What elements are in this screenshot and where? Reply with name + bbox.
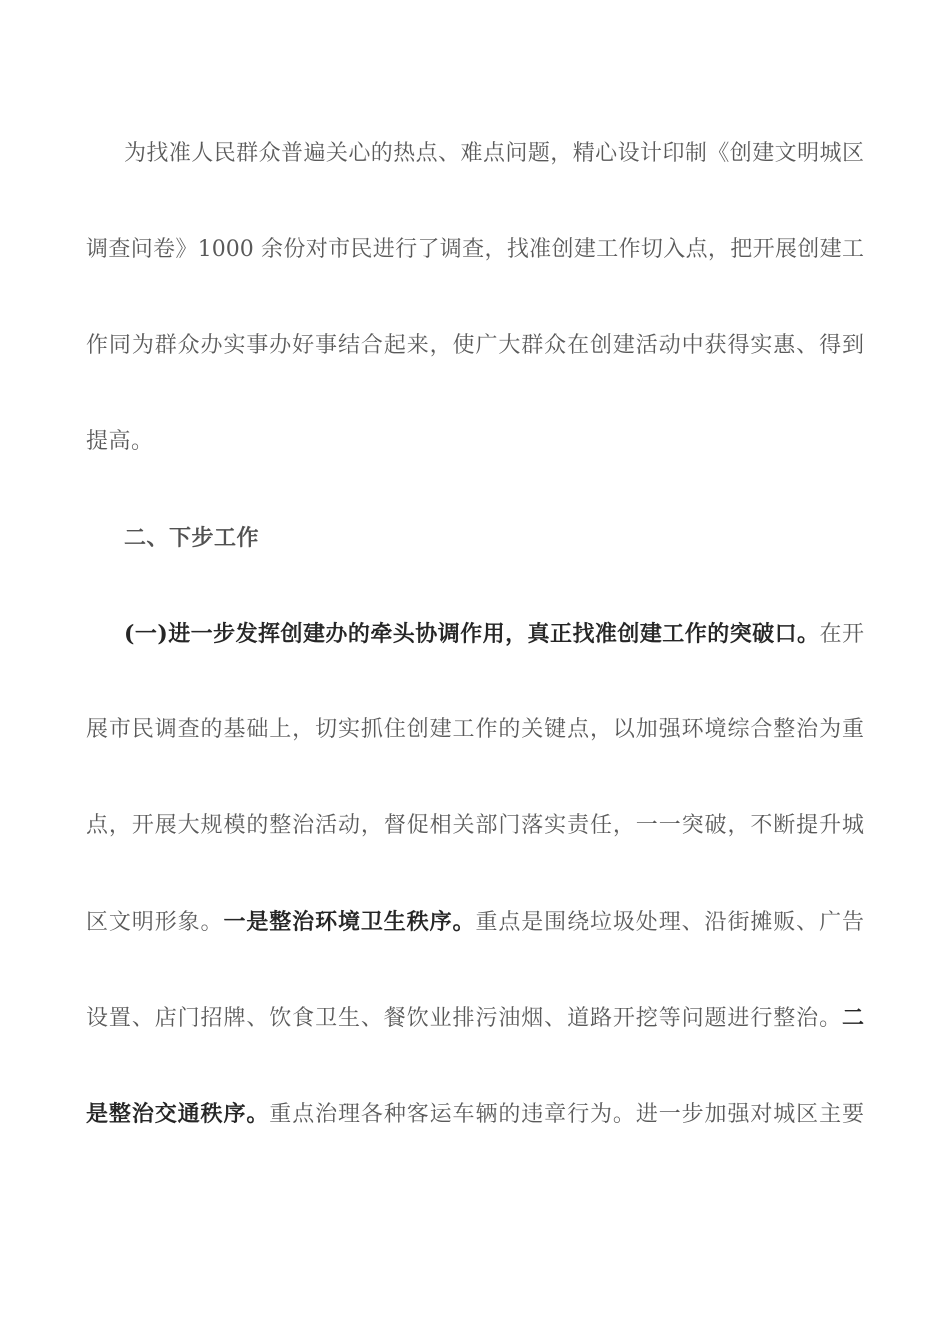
text-run: 展市民调查的基础上，切实抓住创建工作的关键点，以加强环境综合整治为重	[86, 717, 864, 742]
text-line: 是整治交通秩序。重点治理各种客运车辆的违章行为。进一步加强对城区主要	[86, 1066, 864, 1162]
text-line: 二、下步工作	[86, 490, 864, 586]
text-line: 展市民调查的基础上，切实抓住创建工作的关键点，以加强环境综合整治为重	[86, 682, 864, 778]
text-run: 提高。	[86, 429, 154, 454]
text-run: 区文明形象。	[86, 910, 223, 935]
bold-text-run: 二、下步工作	[124, 525, 259, 551]
bold-text-run: 是整治交通秩序。	[86, 1101, 269, 1127]
text-line: 提高。	[86, 394, 864, 490]
text-run: 点，开展大规模的整治活动，督促相关部门落实责任，一一突破，不断提升城	[86, 813, 864, 838]
paragraph: 为找准人民群众普遍关心的热点、难点问题，精心设计印制《创建文明城区调查问卷》10…	[86, 106, 864, 490]
bold-text-run: 一是整治环境卫生秩序。	[223, 909, 475, 935]
text-run: 调查问卷》1000 余份对市民进行了调查，找准创建工作切入点，把开展创建工	[86, 237, 864, 262]
text-run: 作同为群众办实事办好事结合起来，使广大群众在创建活动中获得实惠、得到	[86, 333, 864, 358]
text-line: 作同为群众办实事办好事结合起来，使广大群众在创建活动中获得实惠、得到	[86, 298, 864, 394]
document-page: 为找准人民群众普遍关心的热点、难点问题，精心设计印制《创建文明城区调查问卷》10…	[0, 0, 950, 1344]
text-line: 区文明形象。一是整治环境卫生秩序。重点是围绕垃圾处理、沿街摊贩、广告	[86, 874, 864, 970]
text-line: 调查问卷》1000 余份对市民进行了调查，找准创建工作切入点，把开展创建工	[86, 202, 864, 298]
bold-text-run: (一)进一步发挥创建办的牵头协调作用，真正找准创建工作的突破口。	[124, 621, 820, 647]
text-line: 设置、店门招牌、饮食卫生、餐饮业排污油烟、道路开挖等问题进行整治。二	[86, 970, 864, 1066]
document-body: 为找准人民群众普遍关心的热点、难点问题，精心设计印制《创建文明城区调查问卷》10…	[0, 0, 950, 1162]
text-line: 为找准人民群众普遍关心的热点、难点问题，精心设计印制《创建文明城区	[86, 106, 864, 202]
text-run: 为找准人民群众普遍关心的热点、难点问题，精心设计印制《创建文明城区	[124, 141, 864, 166]
bold-text-run: 二	[842, 1005, 864, 1031]
text-run: 重点治理各种客运车辆的违章行为。进一步加强对城区主要	[269, 1102, 864, 1127]
text-run: 重点是围绕垃圾处理、沿街摊贩、广告	[475, 910, 864, 935]
text-line: 点，开展大规模的整治活动，督促相关部门落实责任，一一突破，不断提升城	[86, 778, 864, 874]
section-heading: 二、下步工作	[86, 490, 864, 586]
text-line: (一)进一步发挥创建办的牵头协调作用，真正找准创建工作的突破口。在开	[86, 586, 864, 682]
paragraph: (一)进一步发挥创建办的牵头协调作用，真正找准创建工作的突破口。在开展市民调查的…	[86, 586, 864, 1162]
text-run: 设置、店门招牌、饮食卫生、餐饮业排污油烟、道路开挖等问题进行整治。	[86, 1006, 842, 1031]
text-run: 在开	[820, 622, 864, 647]
